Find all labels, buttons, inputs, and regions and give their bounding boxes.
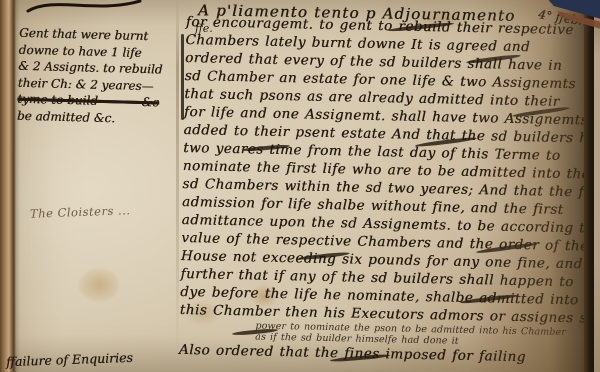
- book-left-page-edges: [0, 0, 20, 372]
- manuscript-photo: A p'liamento tento p Adjournamento 4° ff…: [0, 0, 600, 372]
- paper-stain: [78, 268, 120, 302]
- manuscript-body-text: for encouragemt. to gent to rebuild thei…: [179, 13, 600, 368]
- margin-note-top: Gent that were burntdowne to have 1 life…: [17, 25, 192, 128]
- cropped-writing-flourish: [24, 0, 144, 18]
- facing-page-sliver: [594, 0, 600, 372]
- book-gutter: [584, 0, 594, 372]
